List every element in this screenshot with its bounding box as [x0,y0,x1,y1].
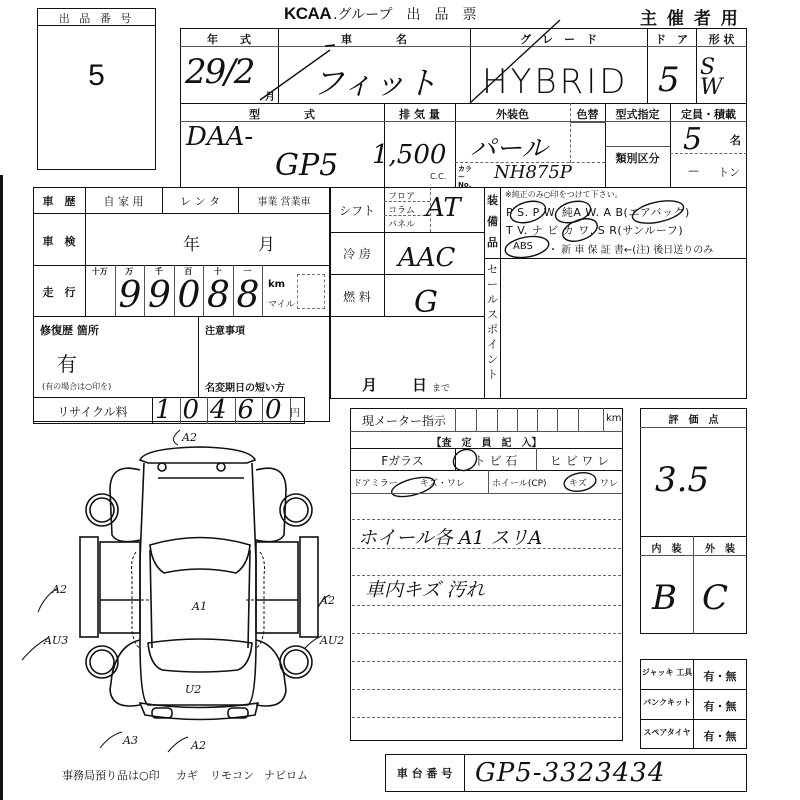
office-item-key[interactable]: カギ [176,767,198,783]
accessory-label: ジャッキ 工具 [641,668,693,677]
inspector-note-2: 車内キズ 汚れ [365,575,485,602]
damage-rear: U2 [185,683,201,696]
exterior-label: 外 装 [693,540,747,555]
glass-label: Fガラス [350,452,455,469]
inspector-note-1: ホイール各 A1 スリA [358,523,542,550]
damage-front: A2 [181,431,197,444]
damage-left-front: A2 [51,583,67,596]
accessory-value[interactable]: 有・無 [693,668,747,684]
glass-option-chip[interactable]: ト ビ 石 [455,452,536,469]
inspector-header: 【査 定 員 記 入】 [350,434,623,449]
glass-option-crack[interactable]: ヒ ビ ワ レ [536,452,623,469]
chassis-label: 車 台 番 号 [385,765,464,781]
interior-label: 内 装 [640,540,693,555]
damage-rear-bumper: A2 [190,739,206,752]
wheel-option-scratch[interactable]: キズ [569,476,587,489]
accessory-label: パンクキット [641,698,693,707]
damage-left-rear: AU3 [43,634,68,647]
accessory-value[interactable]: 有・無 [693,698,747,714]
score-value: 3.5 [655,460,709,500]
office-item-remote[interactable]: リモコン [210,767,254,783]
exterior-value: C [702,578,728,618]
interior-value: B [652,578,677,618]
meter-unit: km [606,413,622,424]
mirror-label: ドアミラー [353,476,398,489]
office-item-navirom[interactable]: ナビロム [264,767,308,783]
chassis-value: GP5-3323434 [475,758,665,788]
damage-roof: A1 [191,600,207,613]
wheel-label: ホイール(CP) [492,476,547,489]
mirror-options[interactable]: キズ・ワレ [420,476,465,489]
accessory-label: スペアタイヤ [641,728,693,737]
meter-label: 現メーター指示 [362,412,446,429]
damage-right-rear: AU2 [319,634,344,647]
office-items-label: 事務局預り品は○印 [62,767,160,783]
damage-rear-left: A3 [122,734,138,747]
accessory-value[interactable]: 有・無 [693,728,747,744]
score-label: 評 価 点 [640,411,747,426]
wheel-option-crack[interactable]: ・ワレ [591,476,618,489]
